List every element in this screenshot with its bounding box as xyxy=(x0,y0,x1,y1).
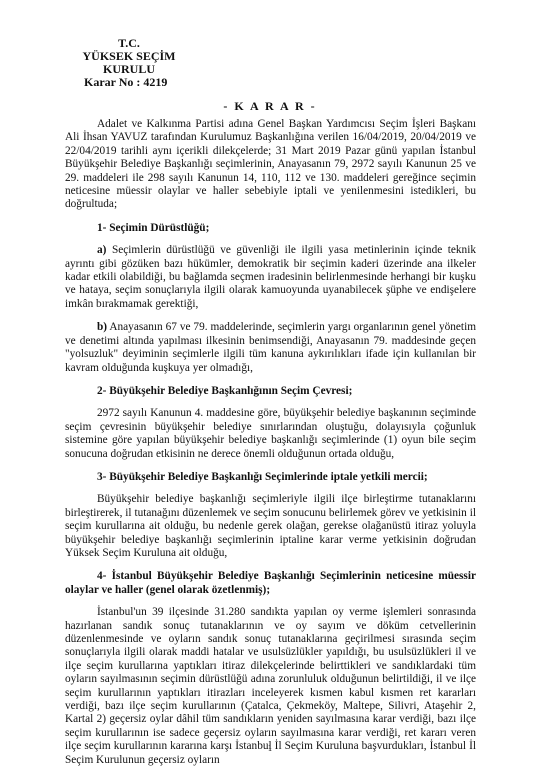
header-decision-number: Karar No : 4219 xyxy=(64,76,194,89)
header-institution: YÜKSEK SEÇİM KURULU xyxy=(64,50,194,76)
page-number: 1 xyxy=(0,743,540,753)
item-b-text: Anayasanın 67 ve 79. maddelerinde, seçim… xyxy=(65,321,476,373)
section-1-heading: 1- Seçimin Dürüstlüğü; xyxy=(65,222,476,235)
item-a-label: a) xyxy=(97,244,106,256)
document-page: T.C. YÜKSEK SEÇİM KURULU Karar No : 4219… xyxy=(0,0,540,768)
section-3-heading: 3- Büyükşehir Belediye Başkanlığı Seçiml… xyxy=(65,471,476,484)
document-header: T.C. YÜKSEK SEÇİM KURULU Karar No : 4219 xyxy=(64,37,194,89)
section-2-heading: 2- Büyükşehir Belediye Başkanlığının Seç… xyxy=(65,385,476,398)
document-title: - K A R A R - xyxy=(0,99,540,114)
section-1-item-b: b) Anayasanın 67 ve 79. maddelerinde, se… xyxy=(65,321,476,375)
item-a-text: Seçimlerin dürüstlüğü ve güvenliği ile i… xyxy=(65,244,476,310)
section-4-heading: 4- İstanbul Büyükşehir Belediye Başkanlı… xyxy=(65,570,476,597)
intro-paragraph: Adalet ve Kalkınma Partisi adına Genel B… xyxy=(65,118,476,212)
section-2-text: 2972 sayılı Kanunun 4. maddesine göre, b… xyxy=(65,407,476,461)
section-3-text: Büyükşehir belediye başkanlığı seçimleri… xyxy=(65,493,476,560)
section-1-item-a: a) Seçimlerin dürüstlüğü ve güvenliği il… xyxy=(65,244,476,311)
document-body: Adalet ve Kalkınma Partisi adına Genel B… xyxy=(65,118,476,767)
item-b-label: b) xyxy=(97,321,107,333)
